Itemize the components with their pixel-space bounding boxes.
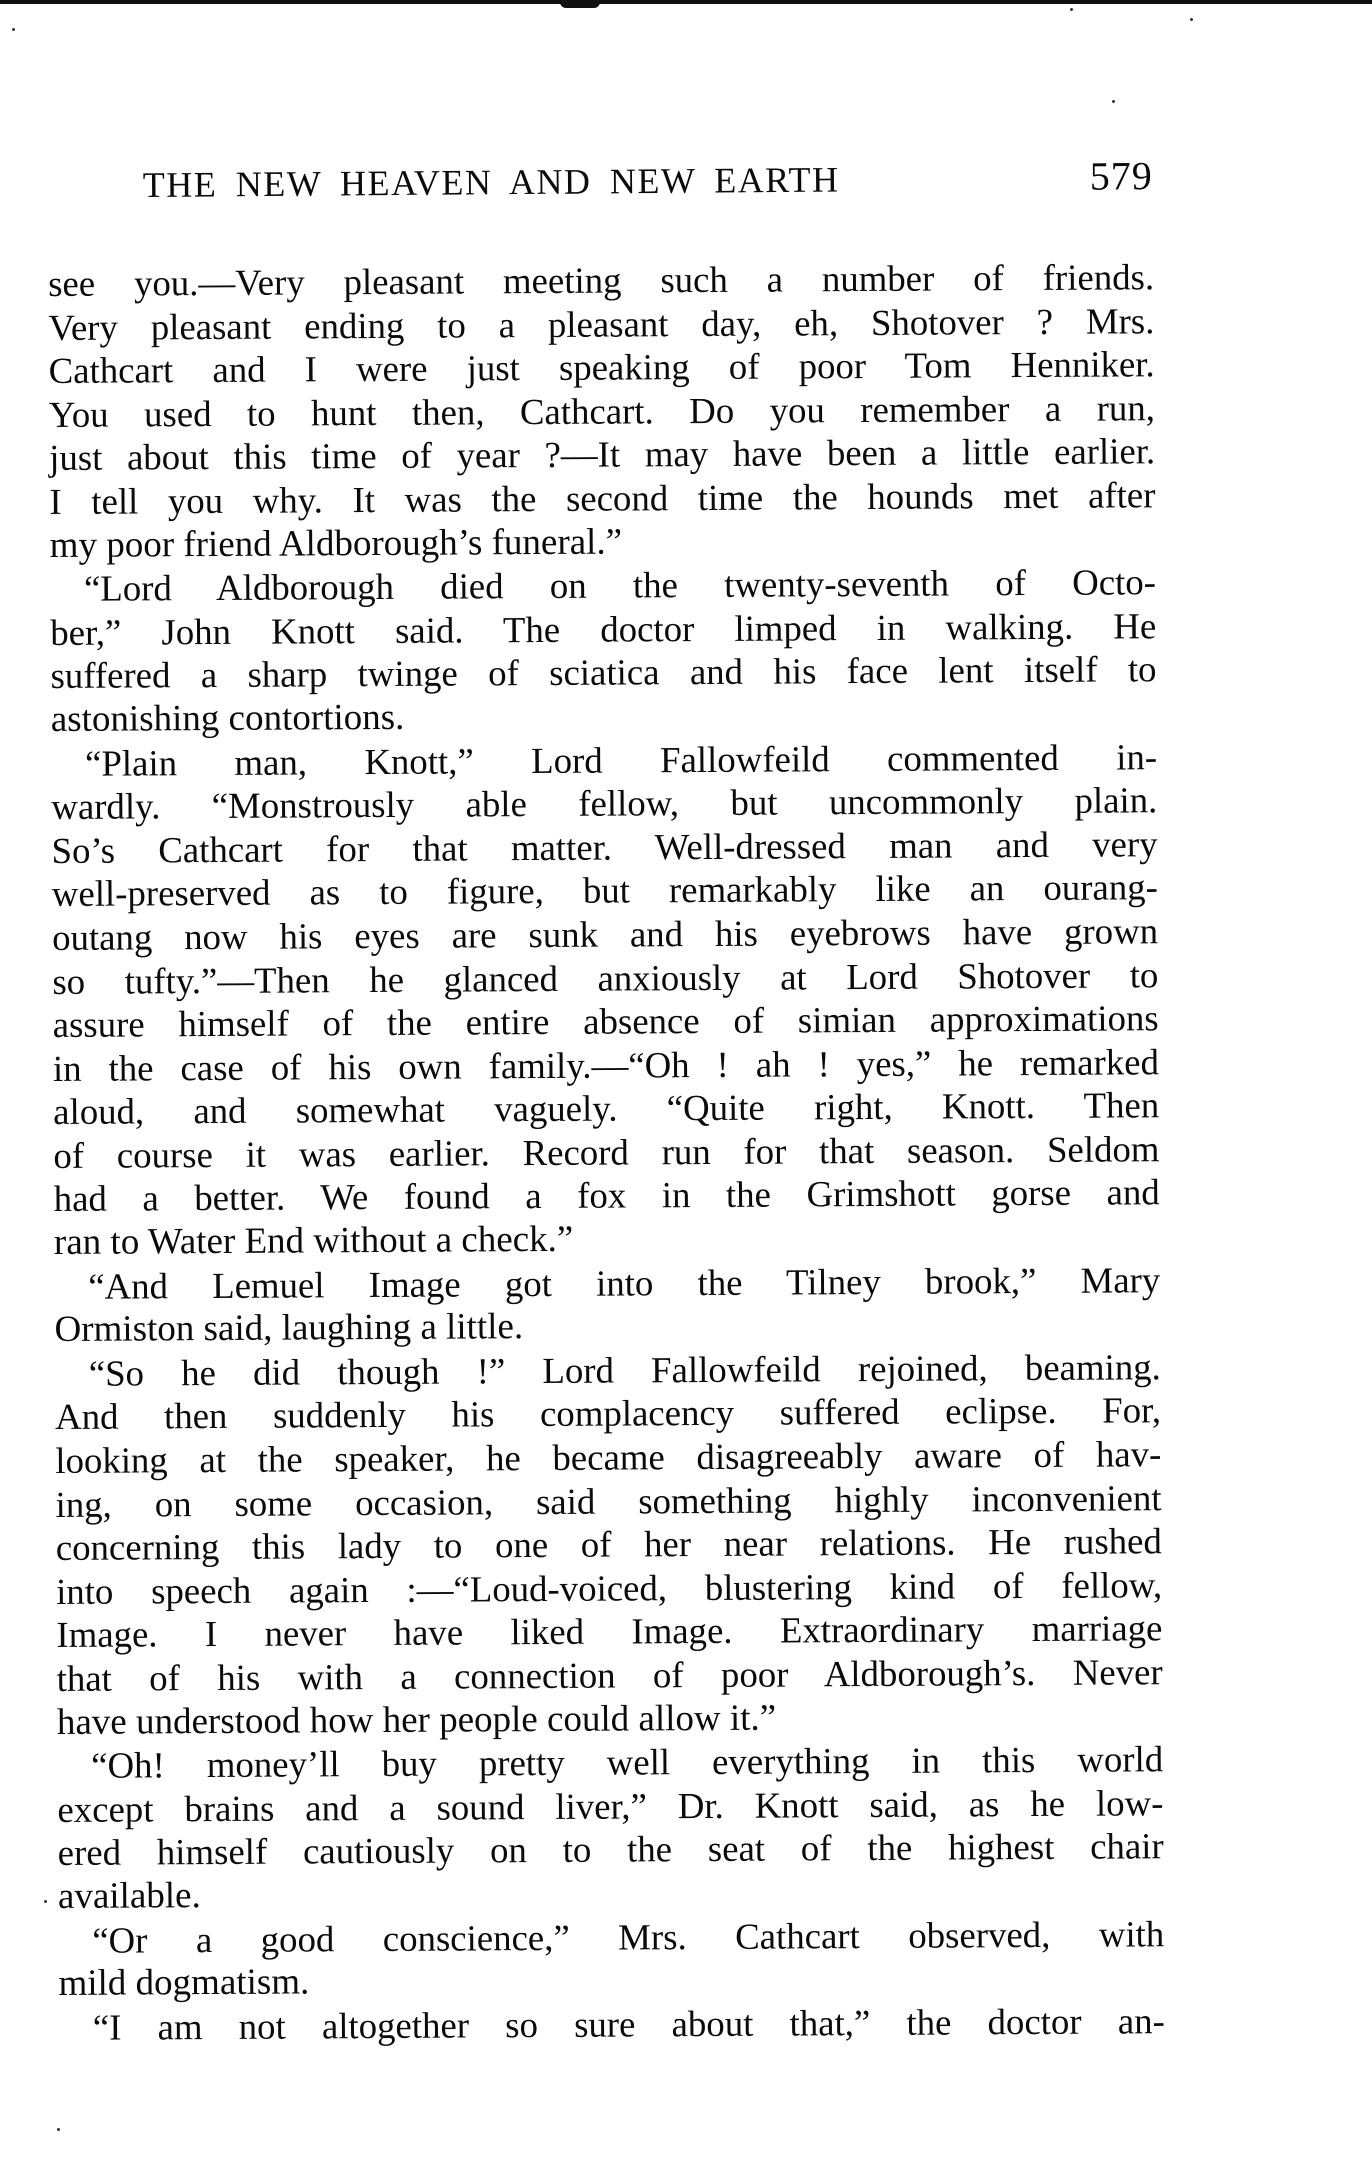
text-line: of course it was earlier. Record run for… [53,1127,1159,1177]
scan-speck [1190,18,1193,21]
text-line: into speech again :—“Loud-voiced, bluste… [56,1563,1162,1613]
text-line: assure himself of the entire absence of … [53,996,1159,1046]
paragraph-start-line: “Or a good conscience,” Mrs. Cathcart ob… [58,1912,1164,1962]
paragraph-start-line: “I am not altogether so sure about that,… [59,1999,1165,2049]
text-line: ered himself cautiously on to the seat o… [58,1825,1164,1875]
scan-edge-mark [560,2,600,8]
text-line: I tell you why. It was the second time t… [49,473,1155,523]
text-line: suffered a sharp twinge of sciatica and … [50,648,1156,698]
body-text: see you.—Very pleasant meeting such a nu… [48,255,1165,2049]
text-line: my poor friend Aldborough’s funeral.” [50,517,1156,567]
scan-speck [1112,100,1115,103]
text-line: that of his with a connection of poor Al… [57,1650,1163,1700]
scan-speck [12,28,15,31]
text-line: concerning this lady to one of her near … [56,1519,1162,1569]
text-line: outang now his eyes are sunk and his eye… [52,909,1158,959]
text-line: Ormiston said, laughing a little. [54,1301,1160,1351]
text-line: so tufty.”—Then he glanced anxiously at … [52,953,1158,1003]
text-line: ing, on some occasion, said something hi… [55,1476,1161,1526]
text-line: Cathcart and I were just speaking of poo… [49,342,1155,392]
text-line: aloud, and somewhat vaguely. “Quite righ… [53,1084,1159,1134]
paragraph-start-line: “Lord Aldborough died on the twenty-seve… [50,560,1156,610]
text-line: wardly. “Monstrously able fellow, but un… [51,778,1157,828]
text-line: And then suddenly his complacency suffer… [55,1389,1161,1439]
text-line: Very pleasant ending to a pleasant day, … [48,299,1154,349]
scan-top-edge [0,0,1372,4]
text-line: looking at the speaker, he became disagr… [55,1432,1161,1482]
text-line: have understood how her people could all… [57,1694,1163,1744]
text-line: well-preserved as to figure, but remarka… [52,866,1158,916]
scan-speck [1070,8,1073,11]
text-line: Image. I never have liked Image. Extraor… [56,1607,1162,1657]
paragraph-start-line: “So he did though !” Lord Fallowfeild re… [55,1345,1161,1395]
text-line: in the case of his own family.—“Oh ! ah … [53,1040,1159,1090]
paragraph-start-line: “And Lemuel Image got into the Tilney br… [54,1258,1160,1308]
text-line: see you.—Very pleasant meeting such a nu… [48,255,1154,305]
text-line: just about this time of year ?—It may ha… [49,430,1155,480]
text-line: ber,” John Knott said. The doctor limped… [50,604,1156,654]
running-title: THE NEW HEAVEN AND NEW EARTH [143,159,840,206]
running-header: THE NEW HEAVEN AND NEW EARTH 579 [143,152,1153,212]
text-line: So’s Cathcart for that matter. Well-dres… [51,822,1157,872]
text-line: available. [58,1868,1164,1918]
text-line: You used to hunt then, Cathcart. Do you … [49,386,1155,436]
paragraph-start-line: “Plain man, Knott,” Lord Fallowfeild com… [51,735,1157,785]
text-line: mild dogmatism. [58,1955,1164,2005]
page-number: 579 [1090,152,1153,199]
text-line: had a better. We found a fox in the Grim… [54,1171,1160,1221]
scan-speck [57,2128,60,2131]
text-line: except brains and a sound liver,” Dr. Kn… [57,1781,1163,1831]
text-line: ran to Water End without a check.” [54,1214,1160,1264]
paragraph-start-line: “Oh! money’ll buy pretty well everything… [57,1737,1163,1787]
scan-speck [44,1900,47,1903]
text-line: astonishing contortions. [51,691,1157,741]
